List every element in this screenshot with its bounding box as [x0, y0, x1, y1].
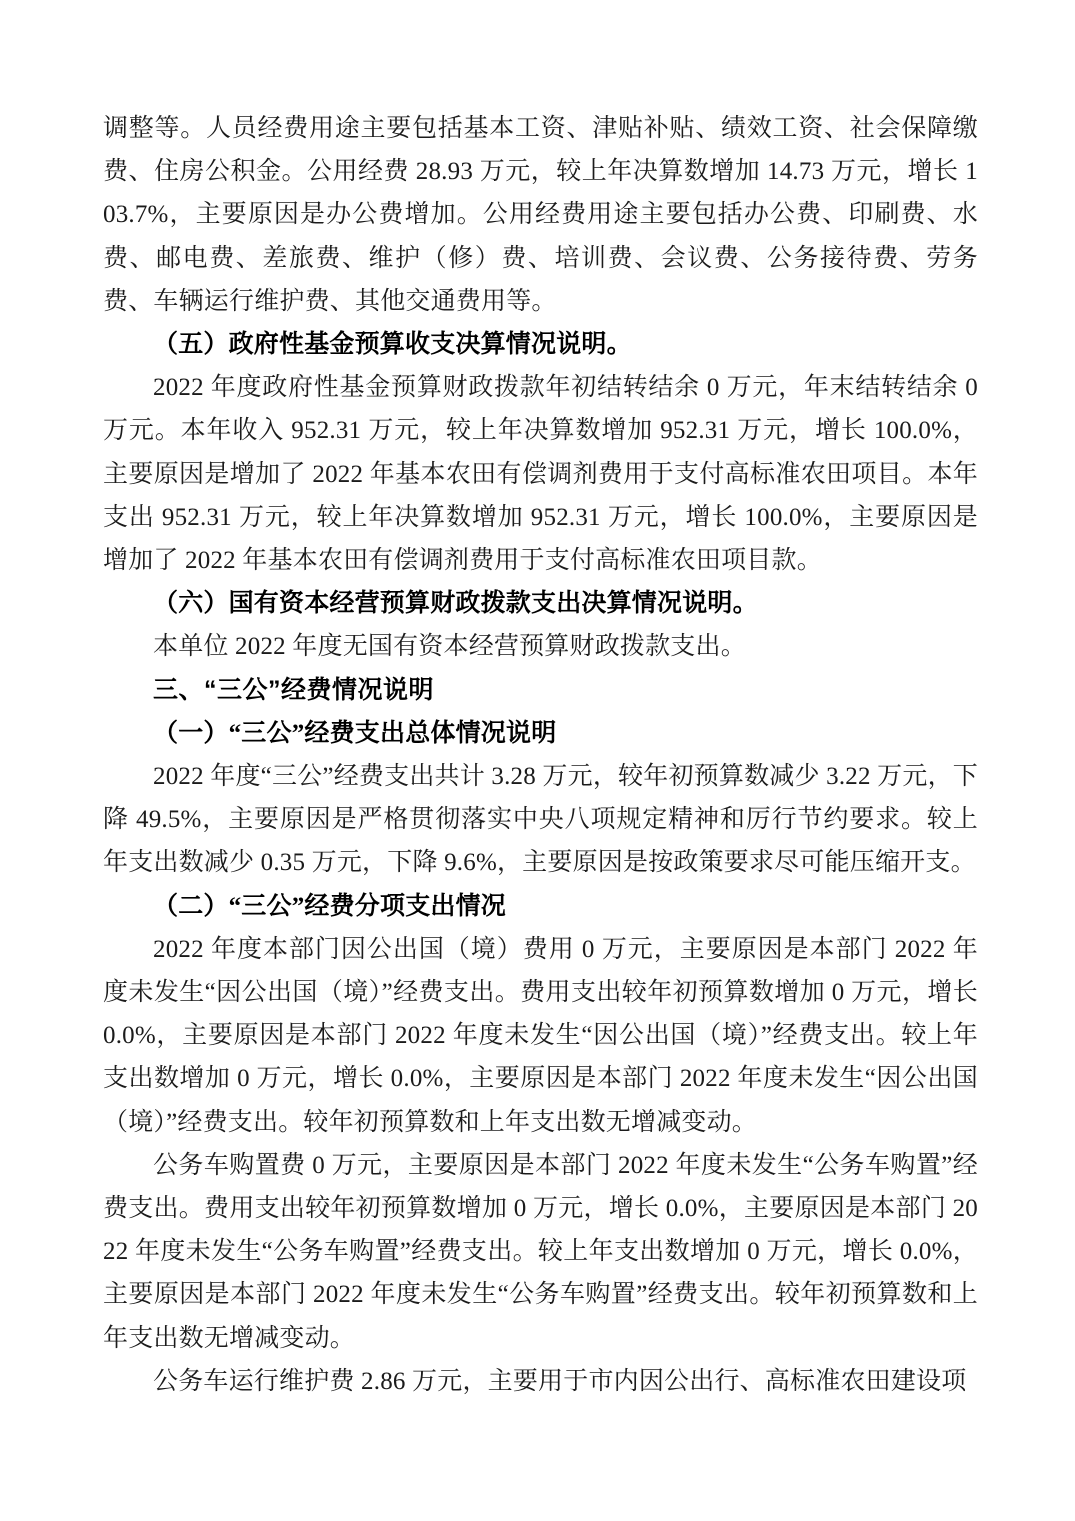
heading-section-six: （六）国有资本经营预算财政拨款支出决算情况说明。 [103, 582, 978, 625]
paragraph-abroad-expense: 2022 年度本部门因公出国（境）费用 0 万元，主要原因是本部门 2022 年… [103, 928, 978, 1144]
heading-sub-one-overall: （一）“三公”经费支出总体情况说明 [103, 712, 978, 755]
paragraph-govt-fund-budget: 2022 年度政府性基金预算财政拨款年初结转结余 0 万元，年末结转结余 0 万… [103, 366, 978, 582]
paragraph-three-public-overall: 2022 年度“三公”经费支出共计 3.28 万元，较年初预算数减少 3.22 … [103, 755, 978, 885]
heading-three-public-funds: 三、“三公”经费情况说明 [103, 669, 978, 712]
paragraph-personnel-public-expense: 调整等。人员经费用途主要包括基本工资、津贴补贴、绩效工资、社会保障缴费、住房公积… [103, 107, 978, 323]
document-canvas: { "document": { "title": "部门决算情况说明（2022年… [0, 0, 1075, 1521]
paragraph-vehicle-purchase: 公务车购置费 0 万元，主要原因是本部门 2022 年度未发生“公务车购置”经费… [103, 1144, 978, 1360]
document-page: 调整等。人员经费用途主要包括基本工资、津贴补贴、绩效工资、社会保障缴费、住房公积… [103, 107, 978, 1403]
paragraph-state-capital: 本单位 2022 年度无国有资本经营预算财政拨款支出。 [103, 625, 978, 668]
heading-section-five: （五）政府性基金预算收支决算情况说明。 [103, 323, 978, 366]
paragraph-vehicle-maintenance: 公务车运行维护费 2.86 万元，主要用于市内因公出行、高标准农田建设项 [103, 1360, 978, 1403]
heading-sub-two-itemized: （二）“三公”经费分项支出情况 [103, 885, 978, 928]
